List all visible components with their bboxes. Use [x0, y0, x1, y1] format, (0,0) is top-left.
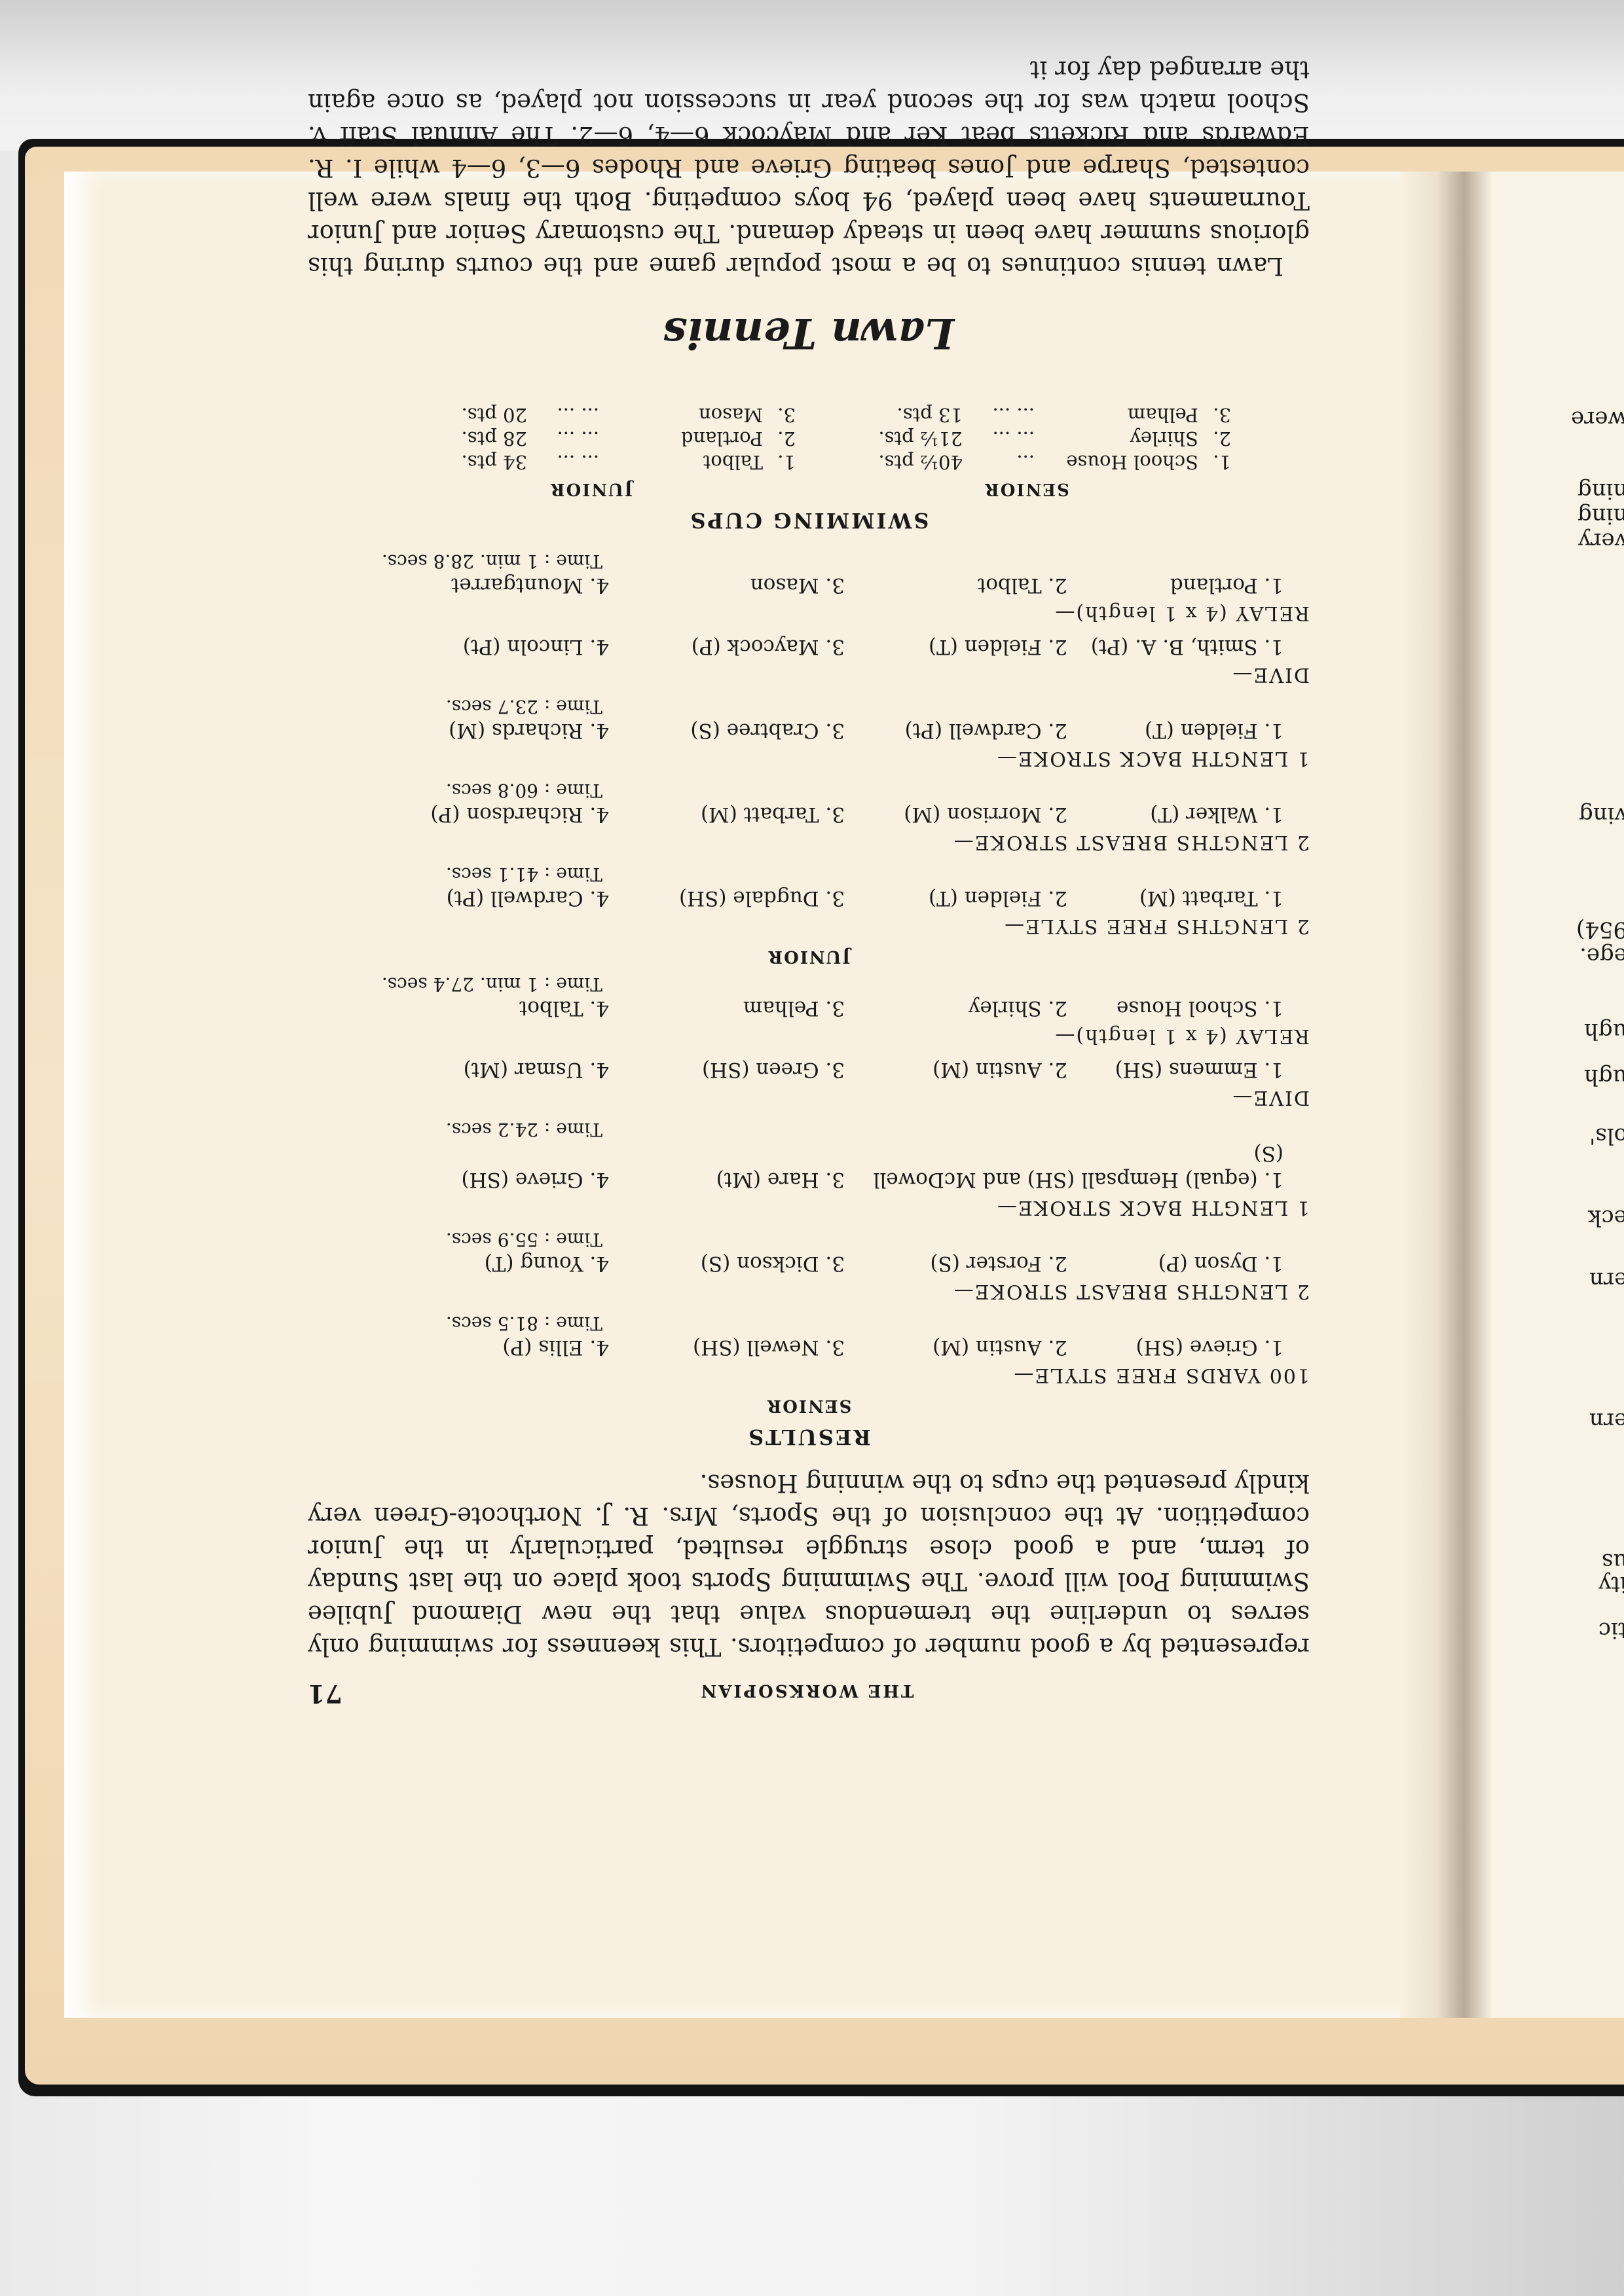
page-content: THE WORKSOPIAN 71 represented by a good …	[308, 393, 1310, 1709]
place-3: 3. Mason	[609, 572, 845, 598]
event-placings: 1. Grieve (SH) 2. Austin (M) 3. Newell (…	[308, 1334, 1310, 1360]
cup-points: 20 pts.	[386, 403, 527, 427]
fragment: ols'	[1589, 1123, 1624, 1149]
place-1: 1. Smith, B. A. (Pt)	[1067, 634, 1283, 660]
place-2: 2. Talbot	[845, 572, 1067, 598]
fragment: ugh	[1584, 1064, 1624, 1090]
junior-event: DIVE— 1. Smith, B. A. (Pt) 2. Fielden (T…	[308, 634, 1310, 689]
swimming-cups-heading: SWIMMING CUPS	[308, 508, 1310, 533]
facing-page-fragments: were ning ning very ving 954) ege. ugh u…	[1575, 0, 1624, 2296]
fragment: ning	[1578, 503, 1624, 529]
place-4: 4. Ellis (P)	[413, 1334, 609, 1360]
cup-row: 1. Talbot ... ... 34 pts.	[386, 450, 796, 474]
fragment: ving	[1579, 802, 1624, 828]
cup-points: 28 pts.	[386, 427, 527, 450]
junior-event: RELAY (4 x 1 length)— 1. Portland 2. Tal…	[308, 550, 1310, 627]
place-3: 3. Dugdale (SH)	[609, 885, 845, 911]
cup-house: School House	[1035, 450, 1198, 474]
event-title: 2 LENGTHS BREAST STROKE—	[308, 828, 1310, 856]
place-3: 3. Pelham	[609, 995, 845, 1021]
senior-results-heading: SENIOR	[308, 1396, 1310, 1415]
cup-points: 13 pts.	[822, 403, 963, 427]
place-2: 2. Cardwell (Pt)	[845, 718, 1067, 744]
place-2: 2. Fielden (T)	[845, 885, 1067, 911]
cup-dots: ...	[963, 450, 1035, 474]
place-3: 3. Green (SH)	[609, 1057, 845, 1083]
event-placings: 1. Fielden (T) 2. Cardwell (Pt) 3. Crabt…	[308, 718, 1310, 744]
cup-points: 34 pts.	[386, 450, 527, 474]
place-2: 2. Fielden (T)	[845, 634, 1067, 660]
event-title: RELAY (4 x 1 length)—	[308, 1021, 1310, 1050]
place-2: 2. Austin (M)	[845, 1057, 1067, 1083]
event-title: 2 LENGTHS FREE STYLE—	[308, 911, 1310, 940]
event-title: DIVE—	[308, 1083, 1310, 1112]
event-title: 2 LENGTHS BREAST STROKE—	[308, 1277, 1310, 1305]
cup-house: Talbot	[599, 450, 763, 474]
senior-event: DIVE— 1. Emmens (SH) 2. Austin (M) 3. Gr…	[308, 1057, 1310, 1112]
event-time: Time : 24.2 secs.	[308, 1118, 1310, 1140]
event-time: Time : 60.8 secs.	[308, 779, 1310, 801]
place-4: 4. Cardwell (Pt)	[413, 885, 609, 911]
cup-house: Mason	[599, 403, 763, 427]
place-1: 1. Grieve (SH)	[1067, 1334, 1283, 1360]
place-2: 2. Austin (M)	[845, 1334, 1067, 1360]
cup-position: 1.	[1198, 450, 1231, 474]
cup-position: 2.	[1198, 427, 1231, 450]
cup-row: 3. Mason ... ... 20 pts.	[386, 403, 796, 427]
cup-row: 1. School House ... 40½ pts.	[822, 450, 1231, 474]
cup-row: 3. Pelham ... ... 13 pts.	[822, 403, 1231, 427]
cup-row: 2. Shirley ... ... 21½ pts.	[822, 427, 1231, 450]
event-time: Time : 1 min. 27.4 secs.	[308, 973, 1310, 995]
event-title: DIVE—	[308, 660, 1310, 689]
place-1: 1. Emmens (SH)	[1067, 1057, 1283, 1083]
event-placings: 1. Walker (T) 2. Morrison (M) 3. Tarbatt…	[308, 801, 1310, 828]
swimming-cups-table: SENIOR 1. School House ... 40½ pts. 2. S…	[308, 403, 1310, 499]
fragment: ern	[1589, 1267, 1624, 1293]
fragment: eck	[1588, 1205, 1624, 1231]
place-1: 1. Fielden (T)	[1067, 718, 1283, 744]
event-placings: 1. (equal) Hempsall (SH) and McDowell (S…	[308, 1140, 1310, 1193]
running-title: THE WORKSOPIAN	[342, 1681, 1270, 1700]
results-heading: RESULTS	[308, 1425, 1310, 1449]
lawn-tennis-paragraph: Lawn tennis continues to be a most popul…	[308, 53, 1310, 282]
cup-house: Pelham	[1035, 403, 1198, 427]
running-head: THE WORKSOPIAN 71	[308, 1663, 1310, 1709]
place-1: 1. Walker (T)	[1067, 801, 1283, 828]
cup-points: 40½ pts.	[822, 450, 963, 474]
event-placings: 1. Tarbatt (M) 2. Fielden (T) 3. Dugdale…	[308, 885, 1310, 911]
place-4: 4. Richardson (P)	[413, 801, 609, 828]
fragment: 954)	[1576, 917, 1624, 943]
place-4: 4. Young (T)	[413, 1250, 609, 1277]
place-4: 4. Richards (M)	[413, 718, 609, 744]
event-time: Time : 81.5 secs.	[308, 1312, 1310, 1334]
fragment: tic	[1598, 1617, 1624, 1643]
event-time: Time : 23.7 secs.	[308, 695, 1310, 718]
place-1: 1. Tarbatt (M)	[1067, 885, 1283, 911]
place-1: 1. Dyson (P)	[1067, 1250, 1283, 1277]
place-3: 3. Hare (Mt)	[609, 1140, 845, 1193]
event-placings: 1. Dyson (P) 2. Forster (S) 3. Dickson (…	[308, 1250, 1310, 1277]
cups-junior-column: JUNIOR 1. Talbot ... ... 34 pts. 2. Port…	[386, 403, 796, 499]
cup-dots: ... ...	[527, 403, 599, 427]
cup-position: 3.	[763, 403, 796, 427]
junior-results-heading: JUNIOR	[308, 947, 1310, 966]
cups-senior-column: SENIOR 1. School House ... 40½ pts. 2. S…	[822, 403, 1231, 499]
place-4: 4. Mountgarret	[413, 572, 609, 598]
senior-event: 100 YARDS FREE STYLE— 1. Grieve (SH) 2. …	[308, 1312, 1310, 1389]
fragment: were	[1571, 406, 1624, 432]
fragment: ity	[1598, 1571, 1624, 1597]
place-2: 2. Forster (S)	[845, 1250, 1067, 1277]
cups-senior-heading: SENIOR	[822, 479, 1231, 499]
event-time: Time : 55.9 secs.	[308, 1228, 1310, 1250]
place-4: 4. Talbot	[413, 995, 609, 1021]
cup-house: Portland	[599, 427, 763, 450]
place-4: 4. Lincoln (Pt)	[413, 634, 609, 660]
intro-paragraph: represented by a good number of competit…	[308, 1467, 1310, 1663]
senior-event: 2 LENGTHS BREAST STROKE— 1. Dyson (P) 2.…	[308, 1228, 1310, 1305]
place-3: 3. Newell (SH)	[609, 1334, 845, 1360]
place-1: 1. School House	[1067, 995, 1283, 1021]
event-placings: 1. Smith, B. A. (Pt) 2. Fielden (T) 3. M…	[308, 634, 1310, 660]
fragment: ege.	[1579, 943, 1624, 969]
fragment: ning	[1578, 478, 1624, 504]
cup-dots: ... ...	[963, 403, 1035, 427]
cup-row: 2. Portland ... ... 28 pts.	[386, 427, 796, 450]
place-4: 4. Grieve (SH)	[413, 1140, 609, 1193]
place-4: 4. Usmar (Mt)	[413, 1057, 609, 1083]
place-2: 2. Shirley	[845, 995, 1067, 1021]
place-3: 3. Maycock (P)	[609, 634, 845, 660]
place-3: 3. Dickson (S)	[609, 1250, 845, 1277]
book-gutter	[1400, 172, 1492, 2018]
event-title: RELAY (4 x 1 length)—	[308, 598, 1310, 627]
junior-event: 1 LENGTH BACK STROKE— 1. Fielden (T) 2. …	[308, 695, 1310, 773]
cup-dots: ... ...	[527, 450, 599, 474]
cup-position: 1.	[763, 450, 796, 474]
event-placings: 1. Emmens (SH) 2. Austin (M) 3. Green (S…	[308, 1057, 1310, 1083]
cup-position: 2.	[763, 427, 796, 450]
event-title: 100 YARDS FREE STYLE—	[308, 1360, 1310, 1389]
senior-event: 1 LENGTH BACK STROKE— 1. (equal) Hempsal…	[308, 1118, 1310, 1222]
event-time: Time : 1 min. 28.8 secs.	[308, 550, 1310, 572]
place-2: 2. Morrison (M)	[845, 801, 1067, 828]
event-title: 1 LENGTH BACK STROKE—	[308, 1193, 1310, 1222]
event-placings: 1. School House 2. Shirley 3. Pelham 4. …	[308, 995, 1310, 1021]
senior-event: RELAY (4 x 1 length)— 1. School House 2.…	[308, 973, 1310, 1050]
cup-dots: ... ...	[963, 427, 1035, 450]
junior-event: 2 LENGTHS BREAST STROKE— 1. Walker (T) 2…	[308, 779, 1310, 856]
place-1-equal: 1. (equal) Hempsall (SH) and McDowell (S…	[845, 1140, 1283, 1193]
event-title: 1 LENGTH BACK STROKE—	[308, 744, 1310, 773]
fragment: ugh	[1584, 1018, 1624, 1044]
cups-junior-heading: JUNIOR	[386, 479, 796, 499]
place-1: 1. Portland	[1067, 572, 1283, 598]
cup-house: Shirley	[1035, 427, 1198, 450]
junior-event: 2 LENGTHS FREE STYLE— 1. Tarbatt (M) 2. …	[308, 863, 1310, 940]
fragment: us	[1602, 1548, 1624, 1575]
place-3: 3. Crabtree (S)	[609, 718, 845, 744]
cup-points: 21½ pts.	[822, 427, 963, 450]
cup-dots: ... ...	[527, 427, 599, 450]
event-time: Time : 41.1 secs.	[308, 863, 1310, 885]
place-3: 3. Tarbatt (M)	[609, 801, 845, 828]
event-placings: 1. Portland 2. Talbot 3. Mason 4. Mountg…	[308, 572, 1310, 598]
cup-position: 3.	[1198, 403, 1231, 427]
fragment: ern	[1589, 1408, 1624, 1434]
page-number: 71	[308, 1679, 342, 1709]
lawn-tennis-heading: Lawn Tennis	[308, 308, 1310, 357]
fragment: very	[1578, 528, 1624, 554]
